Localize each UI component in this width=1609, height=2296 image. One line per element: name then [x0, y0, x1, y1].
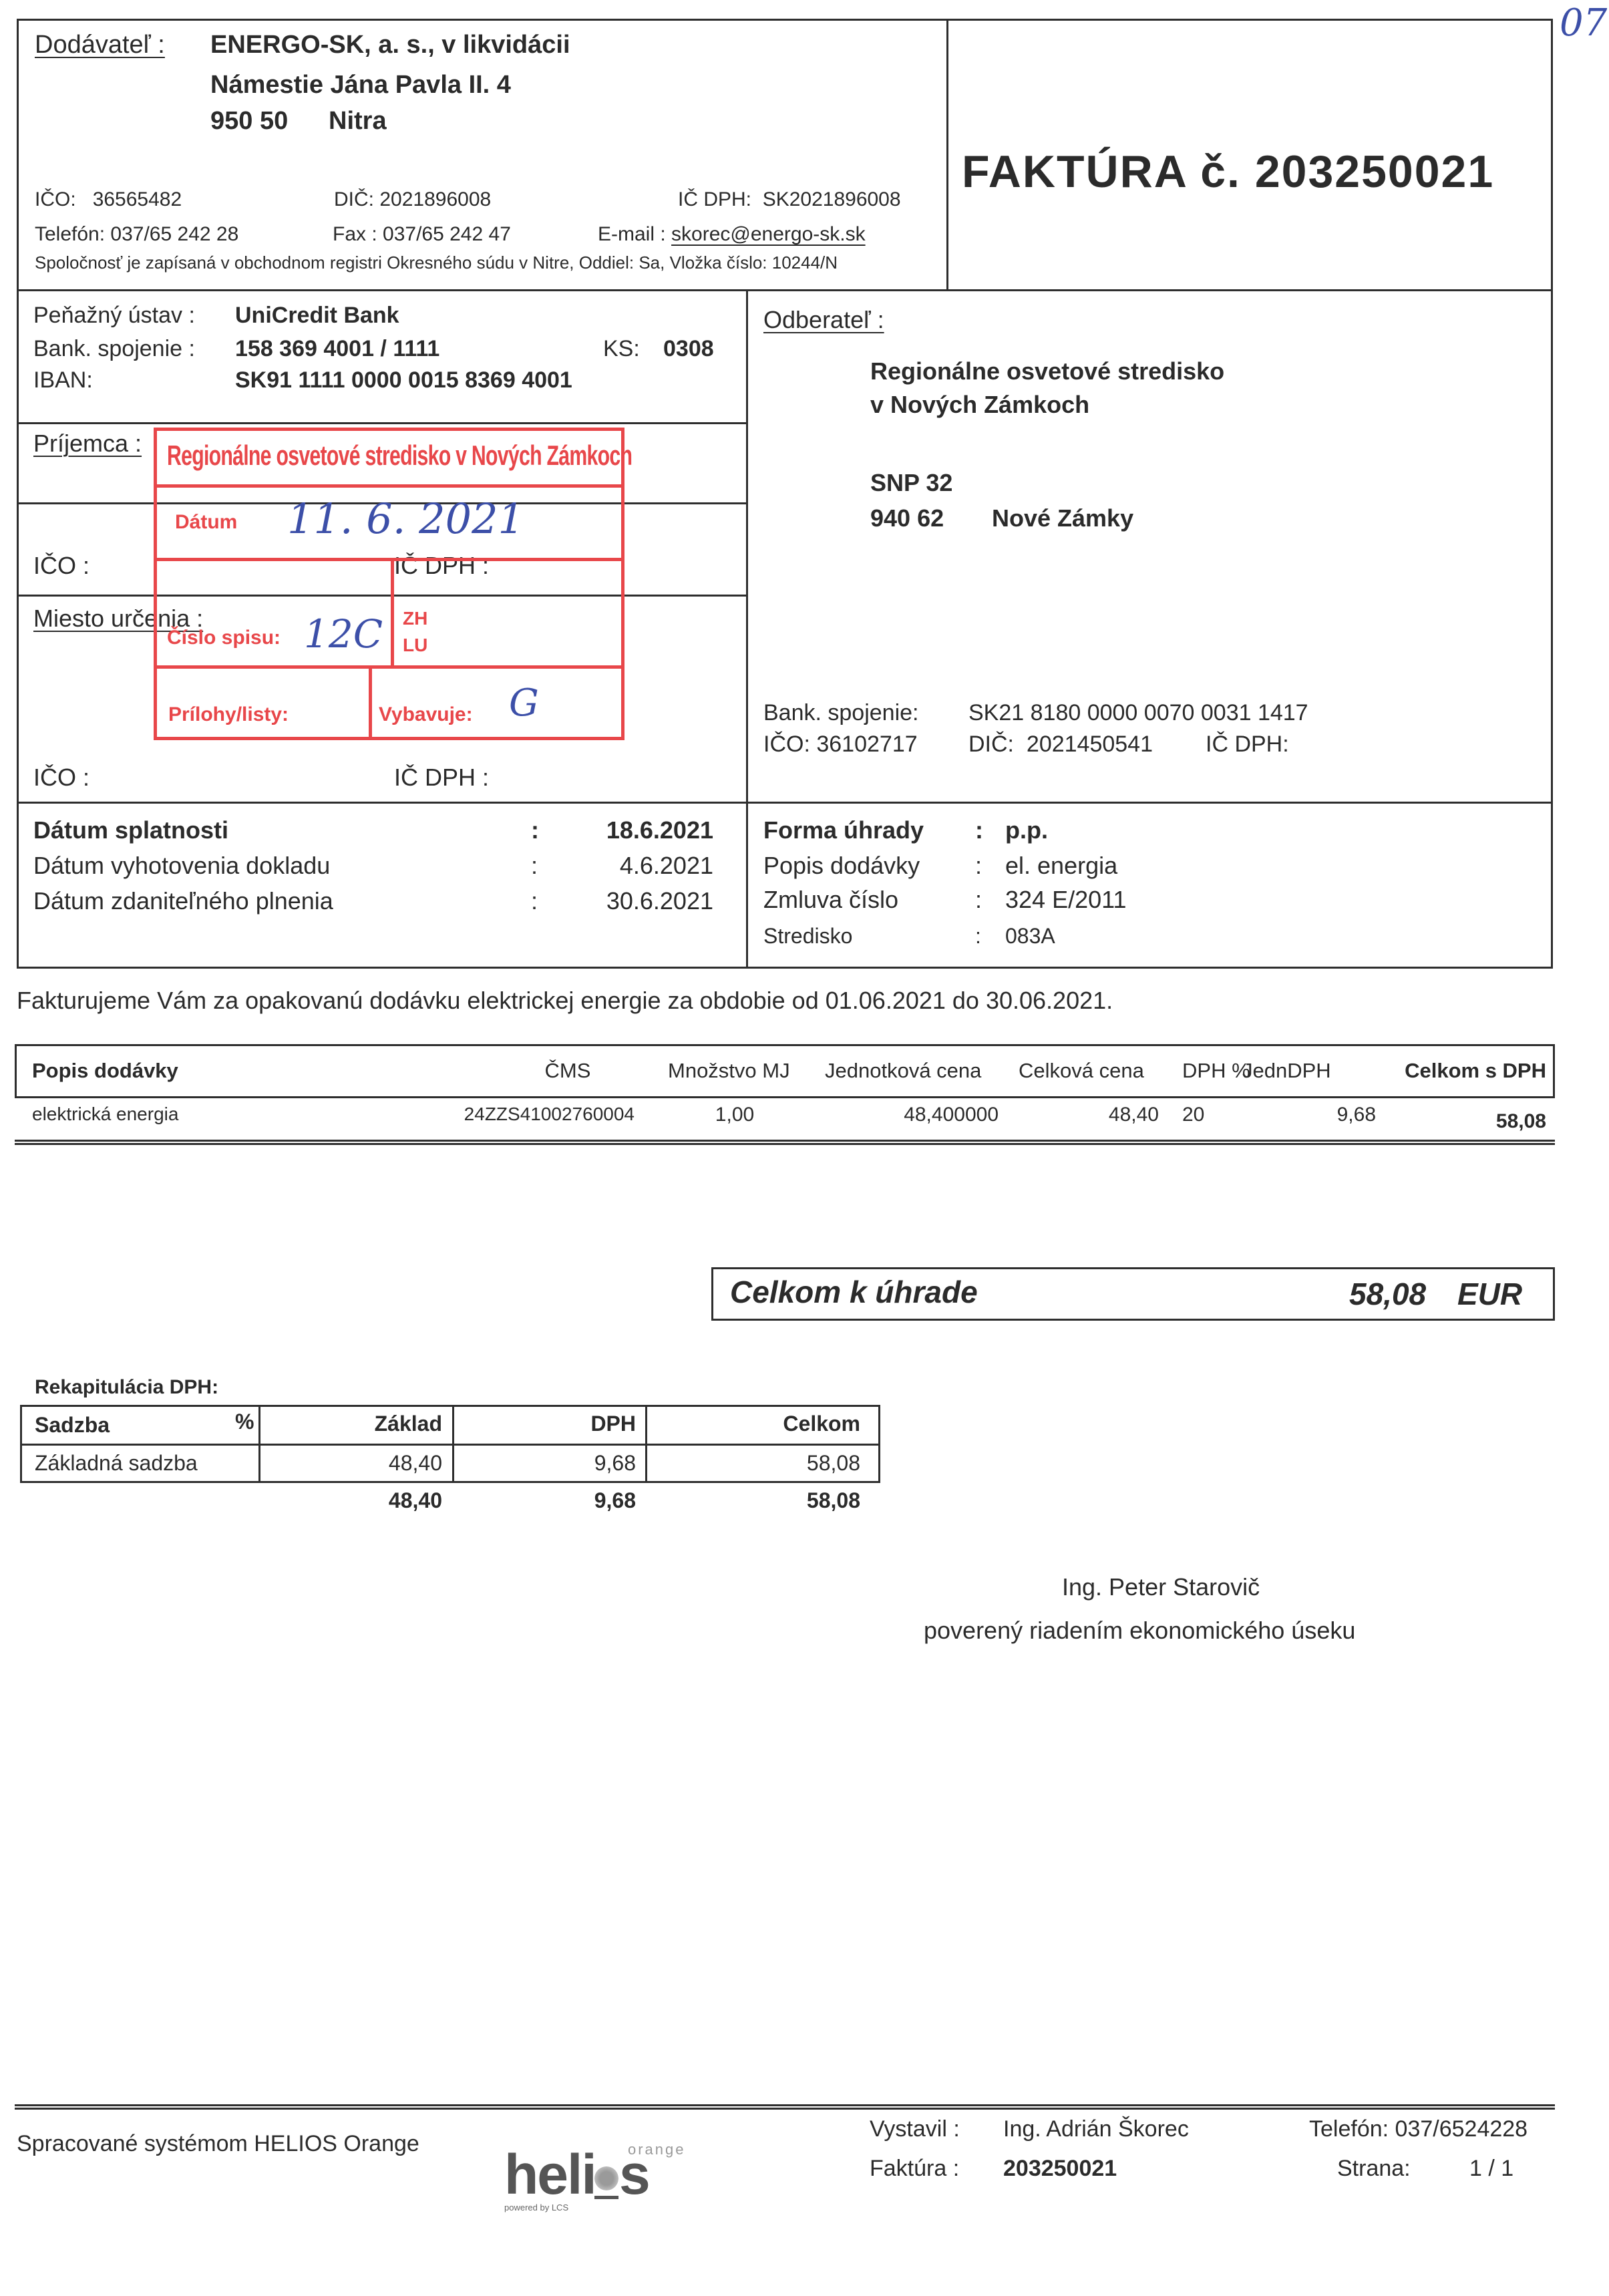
- stamp-divider: [155, 665, 622, 669]
- supplier-fax: Fax : 037/65 242 47: [333, 223, 511, 246]
- recipient-label: Príjemca :: [33, 430, 142, 458]
- item-cell: 48,40: [1019, 1104, 1159, 1126]
- vat-row-divider: [20, 1444, 880, 1446]
- logo-s-text: s: [619, 2146, 649, 2202]
- destination-icdph-label: IČ DPH :: [394, 764, 489, 792]
- stamp-handler-label: Vybavuje:: [379, 703, 473, 726]
- supplier-icdph: IČ DPH: SK2021896008: [678, 188, 901, 211]
- customer-dic: DIČ: 2021450541: [968, 731, 1153, 758]
- stamp-date-value: 11. 6. 2021: [287, 494, 524, 543]
- vat-row-total: 58,08: [655, 1451, 860, 1476]
- issue-date-label: Dátum vyhotovenia dokladu: [33, 852, 330, 880]
- page-number: 1 / 1: [1469, 2156, 1513, 2182]
- helios-logo: orange heli s powered by LCS: [504, 2141, 678, 2208]
- item-cell: 24ZZS41002760004: [454, 1104, 635, 1125]
- ico-label: IČO:: [763, 731, 810, 757]
- phone-label: Telefón:: [1309, 2116, 1389, 2142]
- ico-value: 36565482: [93, 188, 182, 210]
- vat-col-divider: [258, 1405, 260, 1483]
- supplier-email: E-mail : skorec@energo-sk.sk: [598, 223, 866, 246]
- customer-icdph-label: IČ DPH:: [1206, 731, 1289, 758]
- footer-invoice-label: Faktúra :: [870, 2156, 959, 2182]
- stamp-divider: [155, 558, 622, 561]
- item-cell: 20: [1182, 1104, 1242, 1126]
- issued-label: Vystavil :: [870, 2116, 960, 2142]
- taxable-date-value: 30.6.2021: [574, 887, 713, 915]
- stamp-divider: [155, 484, 622, 488]
- item-cell: 48,400000: [825, 1104, 999, 1126]
- item-cell: 1,00: [695, 1104, 775, 1126]
- ks-value: 0308: [663, 336, 714, 362]
- customer-ico: IČO: 36102717: [763, 731, 918, 758]
- left-border: [17, 289, 19, 969]
- payment-method-value: p.p.: [1005, 816, 1048, 844]
- colon: :: [975, 852, 982, 880]
- bank-institution-label: Peňažný ústav :: [33, 303, 195, 329]
- due-date-label: Dátum splatnosti: [33, 816, 228, 844]
- vat-header-percent: %: [235, 1410, 254, 1434]
- stamp-lu: LU: [403, 635, 427, 656]
- stamp-file-value: 12C: [304, 611, 383, 657]
- vat-col-divider: [452, 1405, 454, 1483]
- footer-rule: [15, 2104, 1555, 2110]
- logo-heli-text: heli: [504, 2146, 596, 2202]
- customer-bank: SK21 8180 0000 0070 0031 1417: [968, 700, 1308, 726]
- items-table-bottom-rule: [15, 1140, 1555, 1145]
- supplier-label: Dodávateľ :: [35, 31, 165, 59]
- dic-label: DIČ:: [968, 731, 1014, 757]
- customer-name-line2: v Nových Zámkoch: [870, 391, 1089, 419]
- colon: :: [531, 887, 538, 915]
- center-label: Stredisko: [763, 924, 852, 949]
- colon: :: [975, 816, 983, 844]
- bank-account-label: Bank. spojenie :: [33, 336, 195, 362]
- item-cell: 9,68: [1242, 1104, 1376, 1126]
- email-label: E-mail :: [598, 223, 666, 245]
- stamp-zh: ZH: [403, 608, 427, 629]
- phone-value: 037/65 242 28: [110, 223, 238, 245]
- iban-value: SK91 1111 0000 0015 8369 4001: [235, 367, 572, 393]
- email-link[interactable]: skorec@energo-sk.sk: [671, 223, 866, 245]
- icdph-label: IČ DPH:: [678, 188, 751, 210]
- destination-ico-label: IČO :: [33, 764, 90, 792]
- vat-col-divider: [645, 1405, 647, 1483]
- supplier-street: Námestie Jána Pavla II. 4: [210, 71, 511, 100]
- stamp-divider: [369, 667, 372, 739]
- page-label: Strana:: [1337, 2156, 1411, 2182]
- vat-header-base: Základ: [267, 1412, 442, 1436]
- invoice-title: FAKTÚRA č. 203250021: [962, 146, 1494, 198]
- supplier-name: ENERGO-SK, a. s., v likvidácii: [210, 31, 570, 59]
- items-header-6: JednDPH: [1242, 1059, 1331, 1083]
- bank-account: 158 369 4001 / 1111: [235, 336, 439, 362]
- footer-phone: Telefón: 037/6524228: [1309, 2116, 1528, 2142]
- delivery-desc-value: el. energia: [1005, 852, 1117, 880]
- ico-value: 36102717: [816, 731, 917, 757]
- dic-value: 2021896008: [379, 188, 491, 210]
- bank-institution: UniCredit Bank: [235, 303, 399, 329]
- customer-street: SNP 32: [870, 469, 952, 497]
- items-header-2: Množstvo MJ: [668, 1059, 790, 1083]
- middle-divider: [746, 289, 748, 969]
- divider-bank: [17, 422, 748, 424]
- colon: :: [531, 816, 539, 844]
- divider-bottom: [17, 967, 1553, 969]
- vat-summary-title: Rekapitulácia DPH:: [35, 1376, 218, 1399]
- footer-invoice-number: 203250021: [1003, 2156, 1117, 2182]
- total-label: Celkom k úhrade: [730, 1274, 978, 1310]
- supplier-phone: Telefón: 037/65 242 28: [35, 223, 238, 246]
- delivery-desc-label: Popis dodávky: [763, 852, 920, 880]
- iban-label: IBAN:: [33, 367, 93, 393]
- issue-date-value: 4.6.2021: [574, 852, 713, 880]
- vat-header-vat: DPH: [461, 1412, 636, 1436]
- divider-dates: [17, 802, 1553, 804]
- stamp-handler-value: G: [509, 681, 539, 725]
- stamp-date-label: Dátum: [175, 511, 237, 534]
- recipient-ico-label: IČO :: [33, 552, 90, 580]
- intro-text: Fakturujeme Vám za opakovanú dodávku ele…: [17, 987, 1113, 1015]
- supplier-dic: DIČ: 2021896008: [334, 188, 491, 211]
- vat-sum-vat: 9,68: [461, 1488, 636, 1513]
- vat-sum-base: 48,40: [267, 1488, 442, 1513]
- fax-label: Fax :: [333, 223, 377, 245]
- due-date-value: 18.6.2021: [574, 816, 713, 844]
- vat-row-rate: Základná sadzba: [35, 1451, 198, 1476]
- handwritten-corner-note: 07(: [1560, 1, 1609, 45]
- vat-header-total: Celkom: [655, 1412, 860, 1436]
- total-amount: 58,08: [1349, 1276, 1426, 1312]
- fax-value: 037/65 242 47: [383, 223, 511, 245]
- supplier-ico: IČO: 36565482: [35, 188, 182, 211]
- customer-bank-label: Bank. spojenie:: [763, 700, 919, 726]
- center-value: 083A: [1005, 924, 1055, 949]
- customer-city: Nové Zámky: [992, 504, 1133, 532]
- items-header-4: Celková cena: [1019, 1059, 1144, 1083]
- dic-value: 2021450541: [1027, 731, 1153, 757]
- supplier-zip: 950 50: [210, 107, 288, 136]
- total-currency: EUR: [1457, 1276, 1522, 1312]
- processed-by: Spracované systémom HELIOS Orange: [17, 2131, 419, 2157]
- stamp-org: Regionálne osvetové stredisko v Nových Z…: [167, 440, 632, 472]
- contract-label: Zmluva číslo: [763, 886, 898, 914]
- payment-method-label: Forma úhrady: [763, 816, 924, 844]
- sun-icon: [594, 2166, 618, 2190]
- ks-label: KS:: [603, 336, 640, 362]
- icdph-value: SK2021896008: [763, 188, 901, 210]
- issued-by: Ing. Adrián Škorec: [1003, 2116, 1189, 2142]
- items-header-1: ČMS: [508, 1059, 628, 1083]
- items-header-7: Celkom s DPH: [1386, 1059, 1546, 1083]
- item-cell: 58,08: [1386, 1110, 1546, 1133]
- vat-sum-total: 58,08: [655, 1488, 860, 1513]
- phone-label: Telefón:: [35, 223, 105, 245]
- customer-label: Odberateľ :: [763, 306, 884, 334]
- logo-powered-text: powered by LCS: [504, 2202, 568, 2212]
- signatory-name: Ing. Peter Starovič: [1062, 1573, 1260, 1601]
- stamp-attachments-label: Prílohy/listy:: [168, 703, 289, 726]
- items-header-0: Popis dodávky: [32, 1059, 178, 1083]
- stamp-file-label: Číslo spisu:: [167, 627, 281, 649]
- items-header-5: DPH %: [1182, 1059, 1250, 1083]
- supplier-box: [17, 19, 948, 291]
- supplier-registry: Spoločnosť je zapísaná v obchodnom regis…: [35, 253, 838, 273]
- item-description: elektrická energia: [32, 1104, 178, 1125]
- logo-underscore: [594, 2196, 618, 2199]
- items-header-3: Jednotková cena: [825, 1059, 981, 1083]
- vat-row-base: 48,40: [267, 1451, 442, 1476]
- registry-stamp: [154, 428, 624, 740]
- vat-header-rate: Sadzba: [35, 1413, 110, 1438]
- ico-label: IČO:: [35, 188, 76, 210]
- colon: :: [975, 886, 982, 914]
- contract-value: 324 E/2011: [1005, 886, 1127, 914]
- phone-value: 037/6524228: [1395, 2116, 1528, 2142]
- customer-zip: 940 62: [870, 504, 944, 532]
- taxable-date-label: Dátum zdaniteľného plnenia: [33, 887, 333, 915]
- stamp-divider: [391, 560, 394, 667]
- dic-label: DIČ:: [334, 188, 374, 210]
- supplier-city: Nitra: [329, 107, 387, 136]
- colon: :: [975, 924, 981, 949]
- colon: :: [531, 852, 538, 880]
- customer-name-line1: Regionálne osvetové stredisko: [870, 357, 1224, 385]
- vat-row-vat: 9,68: [461, 1451, 636, 1476]
- signatory-role: poverený riadením ekonomického úseku: [924, 1617, 1355, 1645]
- right-border: [1551, 289, 1553, 969]
